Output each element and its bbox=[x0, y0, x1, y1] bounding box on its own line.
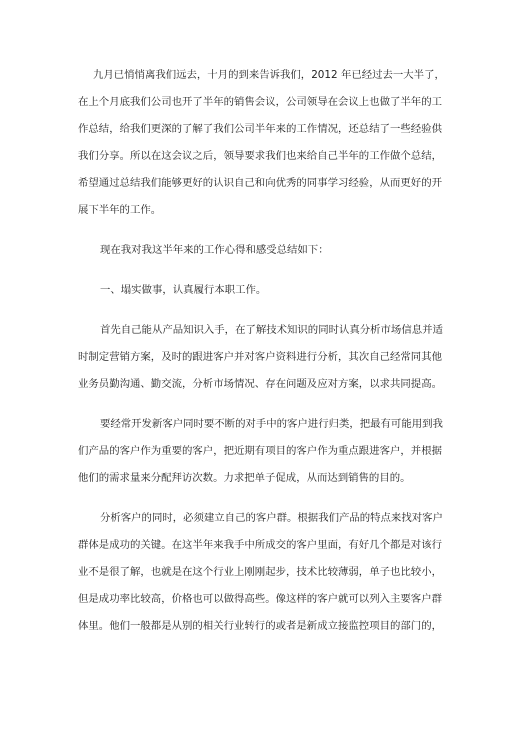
text-line: 首先自己能从产品知识入手，在了解技术知识的同时认真分析市场信息并适 bbox=[78, 317, 442, 344]
text-line: 他们的需求量来分配拜访次数。力求把单子促成，从而达到销售的目的。 bbox=[78, 465, 442, 492]
paragraph-new-customers: 要经常开发新客户同时要不断的对手中的客户进行归类，把最有可能用到我 们产品的客户… bbox=[78, 411, 442, 492]
text-line: 体里。他们一般都是从别的相关行业转行的或者是新成立接监控项目的部门的， bbox=[78, 613, 442, 640]
text-line: 但是成功率比较高，价格也可以做得高些。像这样的客户就可以列入主要客户群 bbox=[78, 586, 442, 613]
text-line: 在上个月底我们公司也开了半年的销售会议，公司领导在会议上也做了半年的工 bbox=[78, 89, 442, 116]
text-line: 展下半年的工作。 bbox=[78, 197, 442, 224]
paragraph-customer-groups: 分析客户的同时，必须建立自己的客户群。根据我们产品的特点来找对客户 群体是成功的… bbox=[78, 505, 442, 640]
document-body: 九月已悄悄离我们远去，十月的到来告诉我们，2012 年已经过去一大半了， 在上个… bbox=[78, 62, 442, 653]
section-heading-text: 一、塌实做事，认真履行本职工作。 bbox=[78, 277, 442, 304]
text-line: 们产品的客户作为重要的客户，把近期有项目的客户作为重点跟进客户，并根据 bbox=[78, 438, 442, 465]
paragraph-product-knowledge: 首先自己能从产品知识入手，在了解技术知识的同时认真分析市场信息并适 时制定营销方… bbox=[78, 317, 442, 398]
section-heading-1: 一、塌实做事，认真履行本职工作。 bbox=[78, 277, 442, 304]
text-line: 我们分享。所以在这会议之后，领导要求我们也来给自己半年的工作做个总结， bbox=[78, 143, 442, 170]
text-line: 九月已悄悄离我们远去，十月的到来告诉我们，2012 年已经过去一大半了， bbox=[78, 62, 442, 89]
document-page: 九月已悄悄离我们远去，十月的到来告诉我们，2012 年已经过去一大半了， 在上个… bbox=[0, 0, 520, 735]
text-line: 现在我对我这半年来的工作心得和感受总结如下： bbox=[78, 237, 442, 264]
text-line: 业务员勤沟通、勤交流，分析市场情况、存在问题及应对方案，以求共同提高。 bbox=[78, 371, 442, 398]
text-line: 分析客户的同时，必须建立自己的客户群。根据我们产品的特点来找对客户 bbox=[78, 505, 442, 532]
paragraph-summary-lead: 现在我对我这半年来的工作心得和感受总结如下： bbox=[78, 237, 442, 264]
text-line: 时制定营销方案，及时的跟进客户并对客户资料进行分析，其次自己经常同其他 bbox=[78, 344, 442, 371]
text-line: 希望通过总结我们能够更好的认识自己和向优秀的同事学习经验，从而更好的开 bbox=[78, 170, 442, 197]
text-line: 要经常开发新客户同时要不断的对手中的客户进行归类，把最有可能用到我 bbox=[78, 411, 442, 438]
text-line: 群体是成功的关键。在这半年来我手中所成交的客户里面，有好几个都是对该行 bbox=[78, 532, 442, 559]
text-line: 作总结，给我们更深的了解了我们公司半年来的工作情况，还总结了一些经验供 bbox=[78, 116, 442, 143]
paragraph-intro: 九月已悄悄离我们远去，十月的到来告诉我们，2012 年已经过去一大半了， 在上个… bbox=[78, 62, 442, 224]
text-line: 业不是很了解，也就是在这个行业上刚刚起步，技术比较薄弱，单子也比较小， bbox=[78, 559, 442, 586]
